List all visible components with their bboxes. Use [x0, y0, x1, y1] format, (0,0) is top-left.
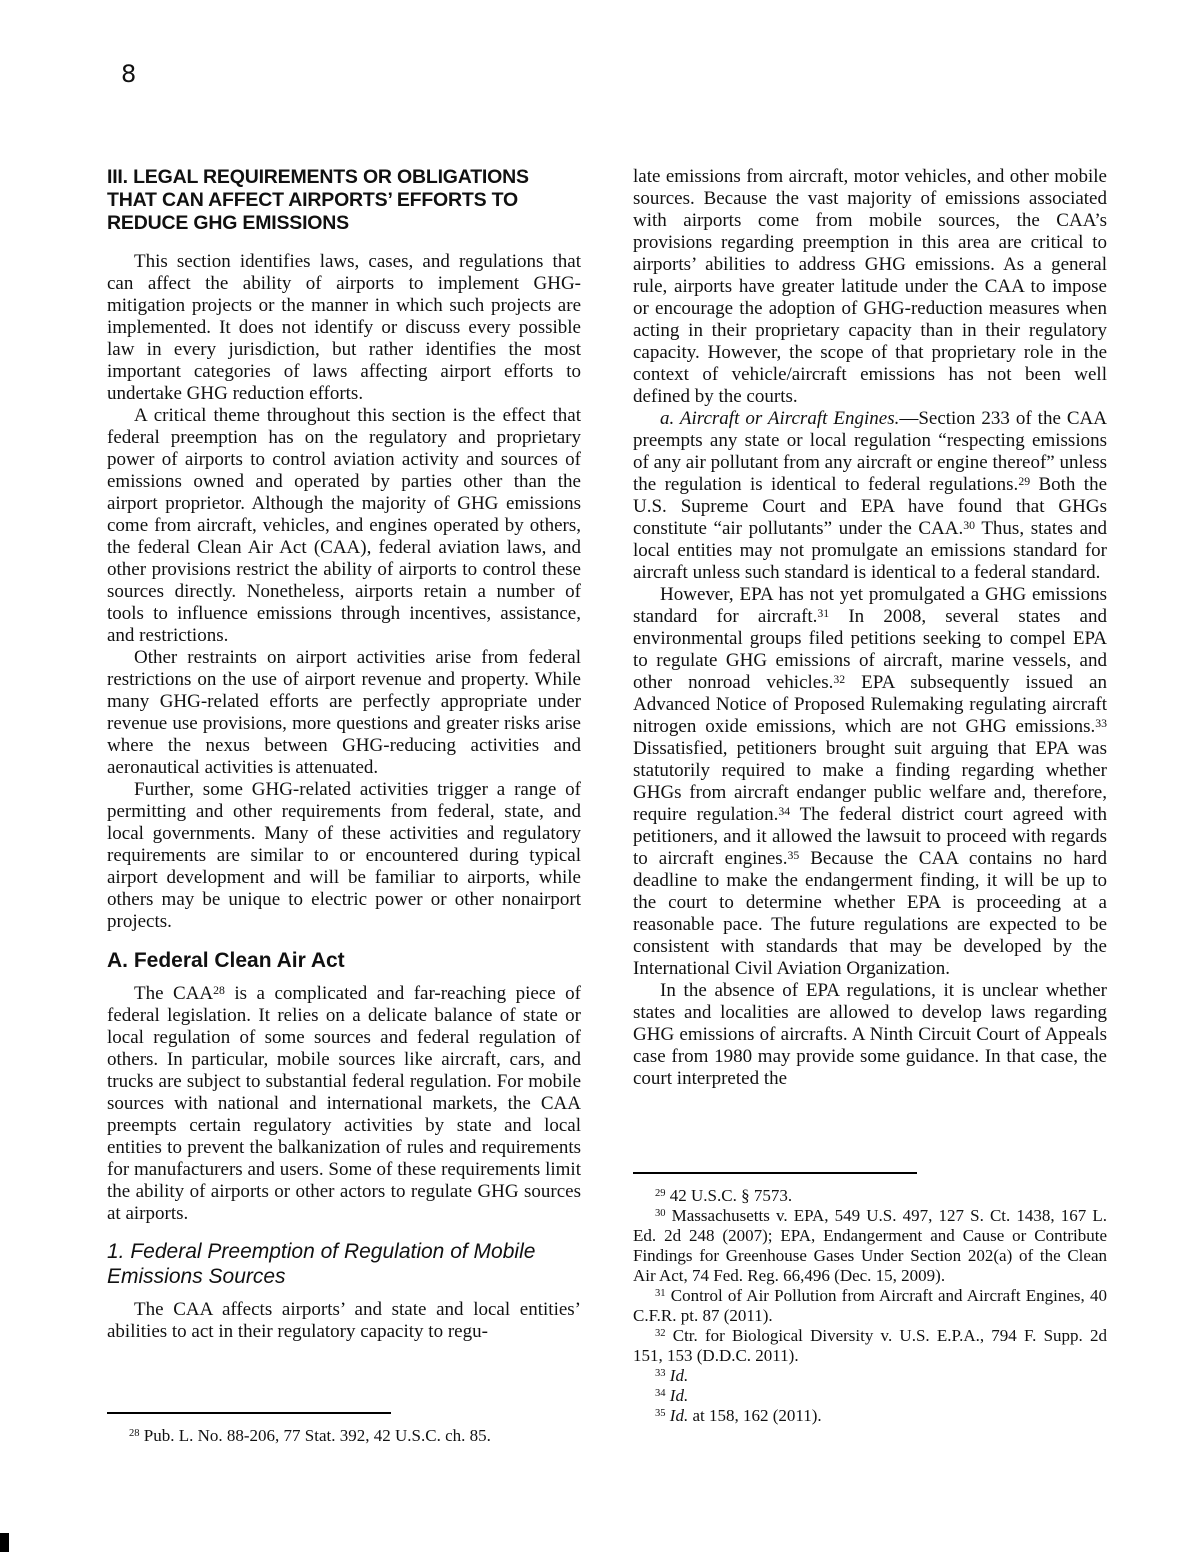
footnote-34: 34 Id. — [633, 1386, 1107, 1406]
footnote-33: 33 Id. — [633, 1366, 1107, 1386]
paragraph: a. Aircraft or Aircraft Engines.—Section… — [633, 408, 1107, 584]
footnote-rule — [107, 1412, 391, 1414]
footnote-29: 29 42 U.S.C. § 7573. — [633, 1186, 1107, 1206]
scan-edge-artifact — [0, 1533, 9, 1552]
left-column: III. LEGAL REQUIREMENTS OR OBLIGATIONS T… — [107, 166, 581, 1343]
subsection-heading-1: 1. Federal Preemption of Regulation of M… — [107, 1239, 581, 1289]
footnote-rule — [633, 1172, 917, 1174]
footnote-28: 28 Pub. L. No. 88-206, 77 Stat. 392, 42 … — [107, 1426, 581, 1446]
right-footnotes: 29 42 U.S.C. § 7573. 30 Massachusetts v.… — [633, 1172, 1107, 1426]
subsection-heading-a: A. Federal Clean Air Act — [107, 949, 581, 973]
paragraph: late emissions from aircraft, motor vehi… — [633, 166, 1107, 408]
document-page: 8 III. LEGAL REQUIREMENTS OR OBLIGATIONS… — [0, 0, 1200, 1552]
page-number: 8 — [121, 60, 136, 88]
paragraph: Other restraints on airport activities a… — [107, 647, 581, 779]
left-footnotes: 28 Pub. L. No. 88-206, 77 Stat. 392, 42 … — [107, 1412, 581, 1446]
footnote-30: 30 Massachusetts v. EPA, 549 U.S. 497, 1… — [633, 1206, 1107, 1286]
paragraph: A critical theme throughout this section… — [107, 405, 581, 647]
paragraph: However, EPA has not yet promulgated a G… — [633, 584, 1107, 980]
paragraph: Further, some GHG-related activities tri… — [107, 779, 581, 933]
footnote-31: 31 Control of Air Pollution from Aircraf… — [633, 1286, 1107, 1326]
paragraph: This section identifies laws, cases, and… — [107, 251, 581, 405]
paragraph: The CAA affects airports’ and state and … — [107, 1299, 581, 1343]
footnote-32: 32 Ctr. for Biological Diversity v. U.S.… — [633, 1326, 1107, 1366]
right-column: late emissions from aircraft, motor vehi… — [633, 166, 1107, 1090]
footnote-35: 35 Id. at 158, 162 (2011). — [633, 1406, 1107, 1426]
paragraph: In the absence of EPA regulations, it is… — [633, 980, 1107, 1090]
section-heading: III. LEGAL REQUIREMENTS OR OBLIGATIONS T… — [107, 166, 581, 235]
paragraph: The CAA28 is a complicated and far-reach… — [107, 983, 581, 1225]
